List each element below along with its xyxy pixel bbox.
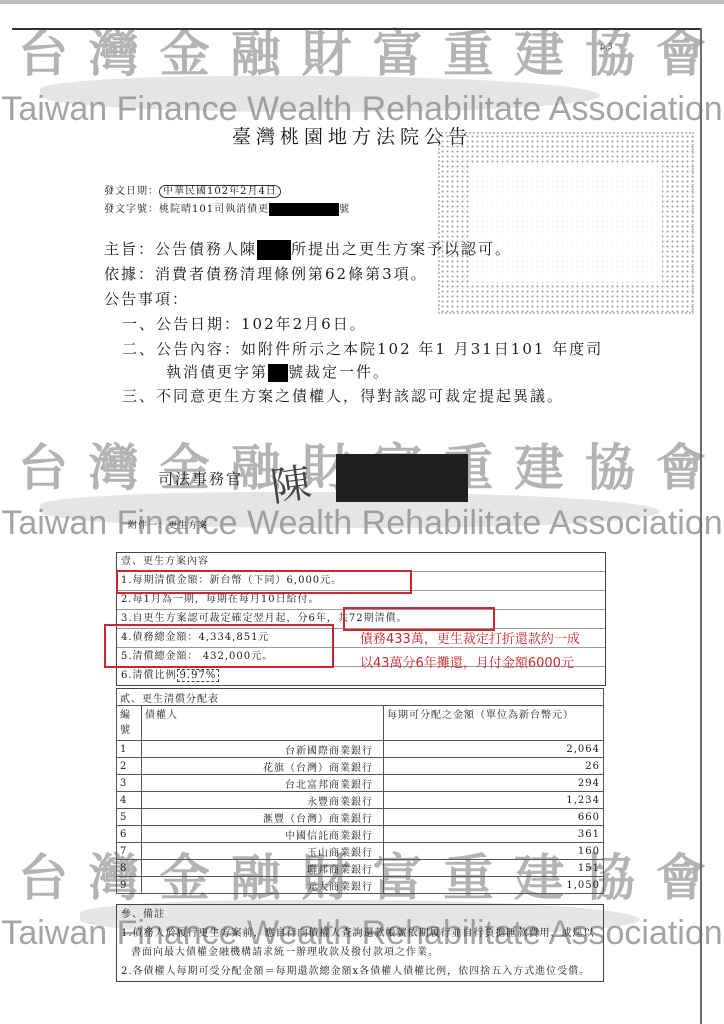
redaction-block bbox=[257, 240, 291, 260]
creditor-amount: 160 bbox=[384, 843, 604, 860]
creditor-number: 6 bbox=[117, 826, 142, 843]
annotation-line: 以43萬分6年攤還，月付金額6000元 bbox=[360, 652, 580, 676]
issue-date-value: 中華民國102年2月4日 bbox=[159, 185, 281, 198]
item-2-continued: 執消債更字第號裁定一件。 bbox=[166, 361, 390, 382]
highlight-box bbox=[104, 624, 334, 668]
issue-number-prefix: 桃院晴101司執消債更 bbox=[159, 204, 269, 215]
creditor-name: 中國信託商業銀行 bbox=[142, 826, 384, 843]
table-row: 9元大商業銀行1,050 bbox=[117, 877, 604, 894]
header-number: 編號 bbox=[117, 706, 142, 741]
annotation-line: 債務433萬，更生裁定打折還款約一成 bbox=[360, 628, 580, 652]
creditor-amount: 294 bbox=[384, 775, 604, 792]
creditor-number: 3 bbox=[117, 775, 142, 792]
note-item: 2.各債權人每期可受分配金額＝每期還款總金額x各債權人債權比例，依四捨五入方式進… bbox=[121, 962, 599, 981]
item-3: 三、不同意更生方案之債權人，得對該認可裁定提起異議。 bbox=[122, 385, 564, 406]
creditor-amount: 1,234 bbox=[384, 792, 604, 809]
table-row: 7玉山商業銀行160 bbox=[117, 843, 604, 860]
table-row: 5滙豐（台灣）商業銀行660 bbox=[117, 809, 604, 826]
creditor-number: 5 bbox=[117, 809, 142, 826]
item-2: 二、公告內容：如附件所示之本院102 年1 月31日101 年度司 bbox=[122, 338, 603, 359]
creditor-amount: 660 bbox=[384, 809, 604, 826]
item-2-text-b: 號裁定一件。 bbox=[288, 363, 390, 381]
table-row: 2花旗（台灣）商業銀行26 bbox=[117, 758, 604, 775]
creditor-number: 2 bbox=[117, 758, 142, 775]
issue-number-line: 發文字號：桃院晴101司執消債更號 bbox=[104, 200, 350, 216]
creditor-amount: 361 bbox=[384, 826, 604, 843]
creditor-amount: 151 bbox=[384, 860, 604, 877]
table-row: 3台北富邦商業銀行294 bbox=[117, 775, 604, 792]
creditor-number: 8 bbox=[117, 860, 142, 877]
creditor-amount: 26 bbox=[384, 758, 604, 775]
document-title: 臺灣桃園地方法院公告 bbox=[232, 122, 472, 149]
table-header-row: 編號 債權人 每期可分配之金額（單位為新台幣元） bbox=[117, 706, 604, 741]
officer-signature: 陳 bbox=[267, 448, 335, 506]
ratio-label: 6.清償比例 bbox=[121, 670, 177, 681]
officer-label: 司法事務官 bbox=[158, 468, 243, 489]
subject-line: 主旨：公告債務人陳所提出之更生方案予以認可。 bbox=[104, 238, 512, 260]
header-creditor: 債權人 bbox=[142, 706, 384, 741]
creditor-name: 聯邦商業銀行 bbox=[142, 860, 384, 877]
item-1: 一、公告日期：102年2月6日。 bbox=[122, 313, 367, 334]
issue-number-suffix: 號 bbox=[339, 204, 350, 215]
redaction-block bbox=[268, 364, 288, 382]
items-heading: 公告事項： bbox=[104, 288, 189, 309]
subject-text-b: 所提出之更生方案予以認可。 bbox=[291, 240, 512, 258]
creditor-name: 永豐商業銀行 bbox=[142, 792, 384, 809]
creditor-name: 玉山商業銀行 bbox=[142, 843, 384, 860]
creditor-name: 花旗（台灣）商業銀行 bbox=[142, 758, 384, 775]
creditor-number: 4 bbox=[117, 792, 142, 809]
creditor-amount: 2,064 bbox=[384, 741, 604, 758]
creditor-number: 1 bbox=[117, 741, 142, 758]
creditor-name: 滙豐（台灣）商業銀行 bbox=[142, 809, 384, 826]
note-item: 1.債務人於履行更生方案前，應自行向債權人查詢還款帳號依期履行並自行負擔匯款費用… bbox=[121, 924, 599, 962]
highlight-box bbox=[116, 570, 412, 594]
table-row: 6中國信託商業銀行361 bbox=[117, 826, 604, 843]
creditor-name: 元大商業銀行 bbox=[142, 877, 384, 894]
court-seal-stamp bbox=[438, 132, 694, 314]
document-page: p.3 臺灣桃園地方法院公告 發文日期：中華民國102年2月4日 發文字號：桃院… bbox=[0, 0, 724, 1024]
issue-date-label: 發文日期： bbox=[104, 186, 159, 197]
page-number: p.3 bbox=[600, 42, 613, 51]
section-3-title: 參、備註 bbox=[121, 905, 599, 924]
page-border bbox=[12, 28, 702, 30]
table-row: 8聯邦商業銀行151 bbox=[117, 860, 604, 877]
creditor-number: 7 bbox=[117, 843, 142, 860]
notes-box: 參、備註 1.債務人於履行更生方案前，應自行向債權人查詢還款帳號依期履行並自行負… bbox=[116, 904, 604, 982]
redaction-block bbox=[269, 203, 339, 216]
section-2-title: 貳、更生清償分配表 bbox=[117, 689, 604, 706]
creditor-amount: 1,050 bbox=[384, 877, 604, 894]
basis-line: 依據：消費者債務清理條例第62條第3項。 bbox=[104, 263, 428, 284]
creditor-number: 9 bbox=[117, 877, 142, 894]
item-2-text-a: 執消債更字第 bbox=[166, 363, 268, 381]
header-amount: 每期可分配之金額（單位為新台幣元） bbox=[384, 706, 604, 741]
creditor-name: 台北富邦商業銀行 bbox=[142, 775, 384, 792]
redaction-block bbox=[336, 454, 468, 502]
issue-date-line: 發文日期：中華民國102年2月4日 bbox=[104, 182, 281, 197]
page-border bbox=[700, 28, 702, 1024]
issue-number-label: 發文字號： bbox=[104, 204, 159, 215]
ratio-value: 9.97% bbox=[177, 669, 220, 682]
creditor-name: 台新國際商業銀行 bbox=[142, 741, 384, 758]
annex-label: 附件一：更生方案 bbox=[128, 518, 208, 531]
table-row: 1台新國際商業銀行2,064 bbox=[117, 741, 604, 758]
red-annotation: 債務433萬，更生裁定打折還款約一成 以43萬分6年攤還，月付金額6000元 bbox=[360, 628, 580, 676]
table-row: 4永豐商業銀行1,234 bbox=[117, 792, 604, 809]
distribution-table: 貳、更生清償分配表 編號 債權人 每期可分配之金額（單位為新台幣元） 1台新國際… bbox=[116, 688, 604, 894]
subject-text-a: 主旨：公告債務人陳 bbox=[104, 240, 257, 258]
